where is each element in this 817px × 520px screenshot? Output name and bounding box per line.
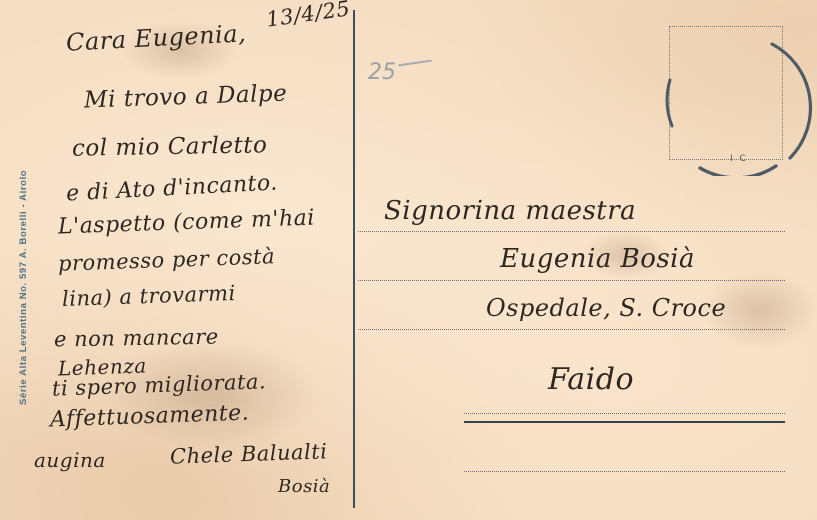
address-line-5 — [464, 471, 785, 472]
address-line-2 — [358, 280, 785, 281]
message-line: L'aspetto (come m'hai — [58, 206, 316, 240]
printer-credit: Série Alta Leventina No. 597 A. Borelli … — [18, 95, 29, 405]
message-date: 13/4/25 — [265, 0, 352, 32]
pencil-stroke — [398, 60, 432, 67]
address-recipient-name: Eugenia Bosià — [500, 244, 695, 274]
message-signature-surname: Bosià — [278, 476, 330, 497]
address-underline — [464, 421, 785, 423]
address-line-3 — [358, 329, 785, 330]
message-line: promesso per costà — [58, 244, 276, 276]
message-salutation: Cara Eugenia, — [65, 19, 246, 56]
message-line: e non mancare — [54, 325, 219, 352]
address-recipient-title: Signorina maestra — [384, 196, 636, 226]
postmark-fragment: I C — [730, 154, 748, 164]
address-city: Faido — [548, 362, 634, 397]
message-signature: Chele Balualti — [170, 439, 328, 468]
postcard-back: Série Alta Leventina No. 597 A. Borelli … — [0, 0, 817, 520]
address-line-1 — [358, 231, 785, 232]
message-line: e di Ato d'incanto. — [65, 170, 278, 206]
message-line: lina) a trovarmi — [62, 281, 236, 311]
center-divider — [353, 10, 355, 508]
message-line: Affettuosamente. — [50, 401, 250, 433]
address-line-4 — [464, 413, 785, 414]
message-line: augina — [34, 448, 106, 472]
pencil-note: 25 — [368, 60, 396, 85]
address-street: Ospedale, S. Croce — [486, 294, 726, 322]
message-line: col mio Carletto — [72, 132, 268, 161]
message-line: Mi trovo a Dalpe — [84, 80, 288, 113]
